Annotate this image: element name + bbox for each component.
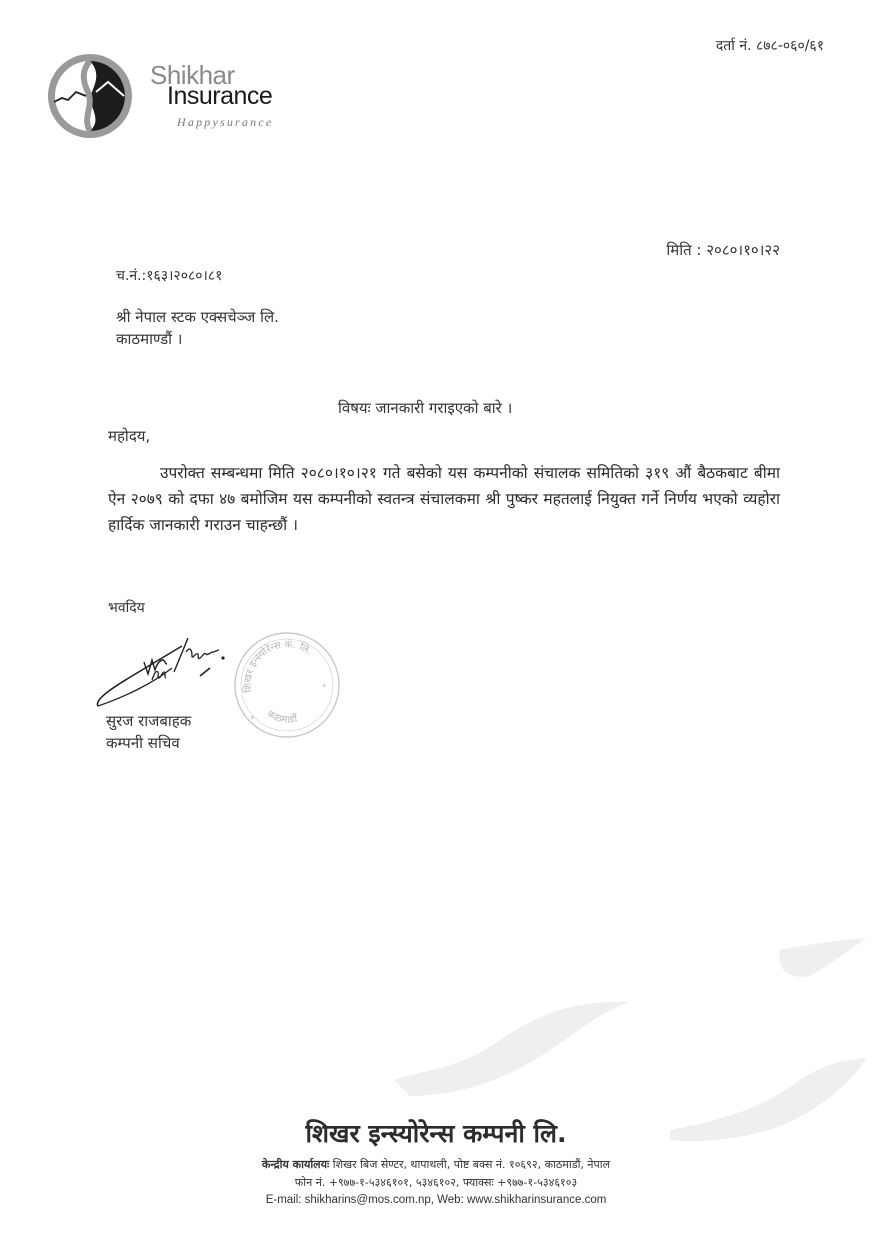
logo-brand-bottom: Insurance — [167, 82, 272, 111]
addressee-name: श्री नेपाल स्टक एक्सचेञ्ज लि. — [116, 306, 279, 328]
shikhar-logo-icon — [46, 52, 134, 140]
company-logo: Shikhar Insurance Happysurance — [46, 52, 296, 142]
addressee-city: काठमाण्डौं । — [116, 328, 279, 350]
letter-body: उपरोक्त सम्बन्धमा मिति २०८०।१०।२१ गते बस… — [108, 460, 780, 538]
signatory: सुरज राजबाहक कम्पनी सचिव — [106, 710, 191, 754]
svg-text:काठमाडौं: काठमाडौं — [265, 709, 299, 726]
closing: भवदिय — [108, 598, 145, 617]
letter-subject: विषयः जानकारी गराइएको बारे । — [338, 398, 512, 418]
reference-number: च.नं.:१६३।२०८०।८१ — [116, 266, 222, 285]
registration-number: दर्ता नं. ८७८-०६०/६१ — [716, 36, 824, 55]
logo-tagline: Happysurance — [177, 115, 273, 130]
letter-date: मिति : २०८०।१०।२२ — [666, 240, 780, 260]
svg-text:*: * — [322, 683, 327, 693]
stamp-bottom-text: काठमाडौं — [265, 709, 299, 726]
signatory-name: सुरज राजबाहक — [106, 710, 191, 732]
footer-email-web: E-mail: shikharins@mos.com.np, Web: www.… — [0, 1194, 872, 1206]
company-stamp-icon: शिखर इन्स्योरेन्स कं. लि. काठमाडौं * * — [232, 630, 342, 740]
signature-icon — [92, 628, 232, 710]
addressee: श्री नेपाल स्टक एक्सचेञ्ज लि. काठमाण्डौं… — [116, 306, 279, 350]
footer-office-address: शिखर बिज सेण्टर, थापाथली, पोष्ट बक्स नं.… — [329, 1158, 610, 1171]
salutation: महोदय, — [108, 426, 150, 446]
signatory-title: कम्पनी सचिव — [106, 732, 191, 754]
svg-text:*: * — [250, 715, 255, 725]
footer-company-name: शिखर इन्स्योरेन्स कम्पनी लि. — [0, 1116, 872, 1150]
footer-address: केन्द्रीय कार्यालयः शिखर बिज सेण्टर, थाप… — [0, 1157, 872, 1172]
footer-phone: फोन नं. +९७७-१-५३४६१०१, ५३४६१०२, फ्याक्स… — [0, 1175, 872, 1190]
footer-office-label: केन्द्रीय कार्यालयः — [262, 1158, 329, 1171]
